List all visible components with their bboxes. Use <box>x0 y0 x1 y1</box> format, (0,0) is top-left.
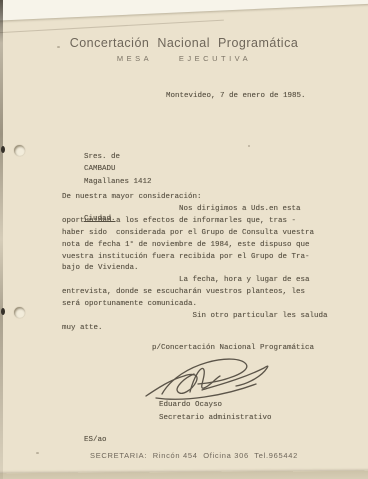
body-line: bajo de Vivienda. <box>62 263 328 275</box>
scan-edge-left <box>0 0 3 479</box>
scan-speck <box>36 452 39 454</box>
scan-speck <box>248 145 250 147</box>
body-line: Nos dirigimos a Uds.en esta <box>62 204 328 216</box>
recipient-line: CAMBADU <box>84 163 152 175</box>
body-line: Sin otro particular les saluda <box>62 311 328 323</box>
secretary-footer: SECRETARIA: Rincón 454 Oficina 306 Tel.9… <box>90 451 298 460</box>
signer-name: Eduardo Ocayso <box>159 401 222 409</box>
body-line: haber sido considerada por el Grupo de C… <box>62 228 328 240</box>
scan-mark <box>1 146 5 153</box>
body-line: oportunidad a los efectos de informarles… <box>62 216 328 228</box>
on-behalf-line: p/Concertación Nacional Programática <box>152 344 314 352</box>
organization-name: Concertación Nacional Programática <box>0 36 368 50</box>
letter-body: De nuestra mayor consideración: Nos diri… <box>62 192 328 335</box>
signature-scribble-icon <box>140 352 272 408</box>
signer-title: Secretario administrativo <box>159 414 272 422</box>
organization-subtitle: MESA EJECUTIVA <box>0 54 368 63</box>
punch-hole <box>14 145 25 156</box>
dateline: Montevideo, 7 de enero de 1985. <box>166 92 306 100</box>
body-line: será oportunamente comunicada. <box>62 299 328 311</box>
scanned-letter-page: Concertación Nacional Programática MESA … <box>0 0 368 479</box>
recipient-line: Sres. de <box>84 151 152 163</box>
typist-reference: ES/ao <box>84 436 107 444</box>
body-line: De nuestra mayor consideración: <box>62 192 328 204</box>
punch-hole <box>14 307 25 318</box>
body-line: vuestra institución fuera recibida por e… <box>62 252 328 264</box>
recipient-line: Magallanes 1412 <box>84 176 152 188</box>
scan-edge-bottom <box>0 471 368 479</box>
body-line: La fecha, hora y lugar de esa <box>62 275 328 287</box>
scan-mark <box>1 308 5 315</box>
body-line: entrevista, donde se escucharán vuestros… <box>62 287 328 299</box>
body-line: muy atte. <box>62 323 328 335</box>
body-line: nota de fecha 1° de noviembre de 1984, e… <box>62 240 328 252</box>
